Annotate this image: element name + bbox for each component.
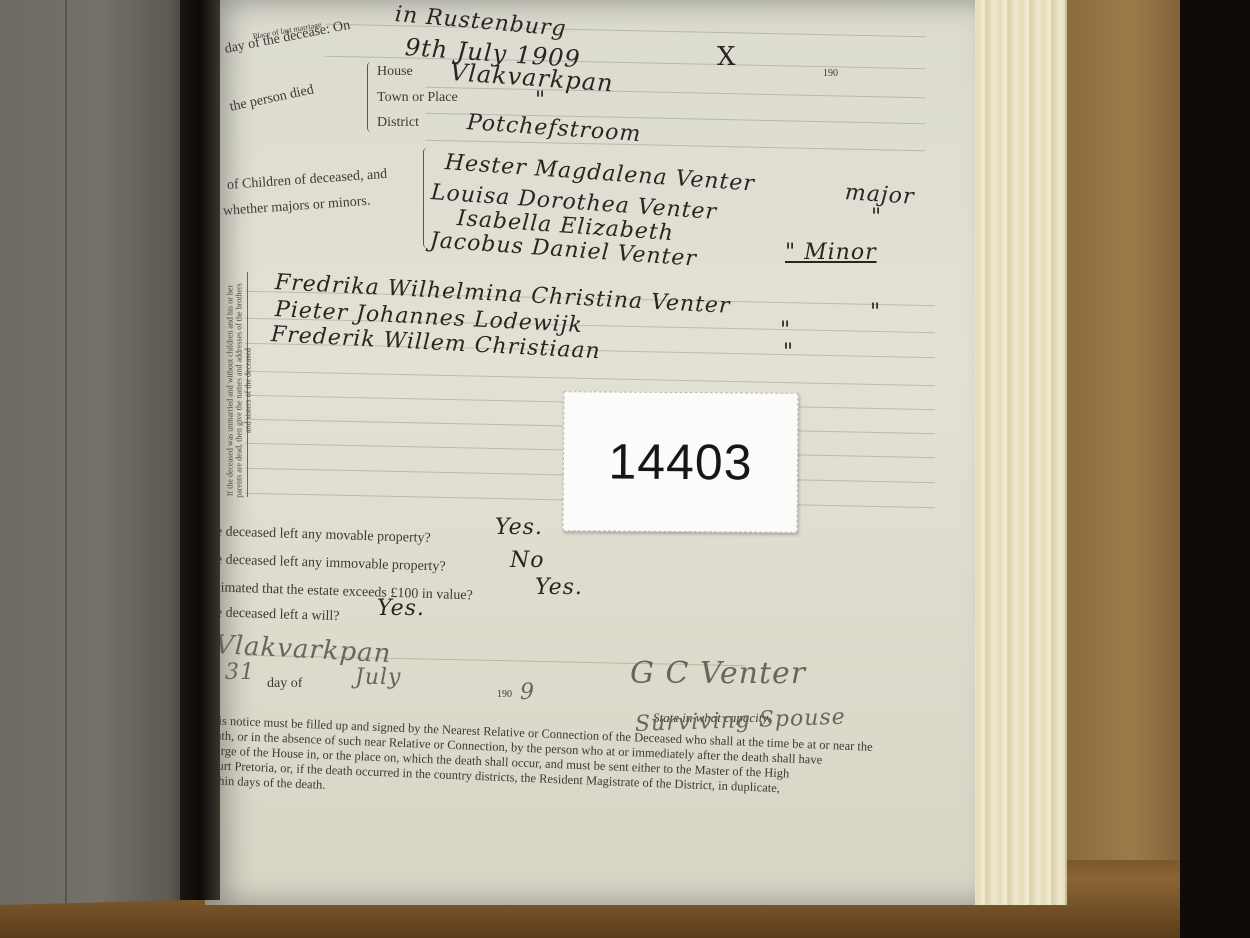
- town-value: ": [535, 88, 546, 113]
- children-label-1: of Children of deceased, and: [226, 167, 387, 194]
- ruled-line: [425, 140, 925, 151]
- left-book-cover: [0, 0, 200, 905]
- district-label: District: [377, 115, 419, 131]
- where-died-label: the person died: [228, 82, 315, 115]
- right-cardboard-cover: [1060, 0, 1180, 860]
- answer-will: Yes.: [377, 596, 425, 621]
- child-status-4: " Minor: [785, 240, 877, 265]
- brace-where-died: [367, 62, 374, 132]
- child-status-7: ": [783, 340, 794, 365]
- house-label: House: [377, 64, 413, 80]
- ruled-line: [245, 371, 935, 386]
- child-status-2: ": [871, 205, 882, 230]
- answer-immovable: No: [510, 548, 545, 573]
- signed-month: July: [355, 665, 401, 690]
- question-estate-value: estimated that the estate exceeds £100 i…: [205, 580, 473, 604]
- children-label-2: whether majors or minors.: [222, 194, 371, 220]
- question-will: the deceased left a will?: [205, 605, 340, 625]
- side-note-text: If the deceased was unmarried and withou…: [226, 281, 253, 501]
- town-label: Town or Place: [377, 90, 458, 106]
- brace-children: [423, 148, 430, 248]
- book-gutter-shadow: [180, 0, 220, 900]
- signed-year-suffix: 9: [520, 680, 535, 705]
- decease-date-label: day of the decease: On: [223, 18, 351, 58]
- signed-year-prefix: 190: [497, 689, 512, 700]
- question-movable: the deceased left any movable property?: [205, 524, 431, 547]
- archive-number-label: 14403: [563, 391, 799, 533]
- year-prefix-label: 190: [823, 68, 838, 79]
- child-status-5: ": [870, 300, 881, 325]
- dark-background: [1180, 0, 1250, 938]
- archive-number: 14403: [608, 432, 752, 491]
- house-value: Vlakvarkpan: [449, 58, 614, 97]
- answer-movable: Yes.: [495, 515, 543, 540]
- day-of-label: day of: [267, 676, 302, 692]
- signature: G C Venter: [630, 656, 806, 691]
- answer-estate-value: Yes.: [535, 575, 583, 600]
- cover-crease: [65, 0, 67, 903]
- question-immovable: the deceased left any immovable property…: [205, 552, 446, 576]
- signed-day: 31: [225, 660, 255, 685]
- decease-mark: X: [717, 42, 737, 72]
